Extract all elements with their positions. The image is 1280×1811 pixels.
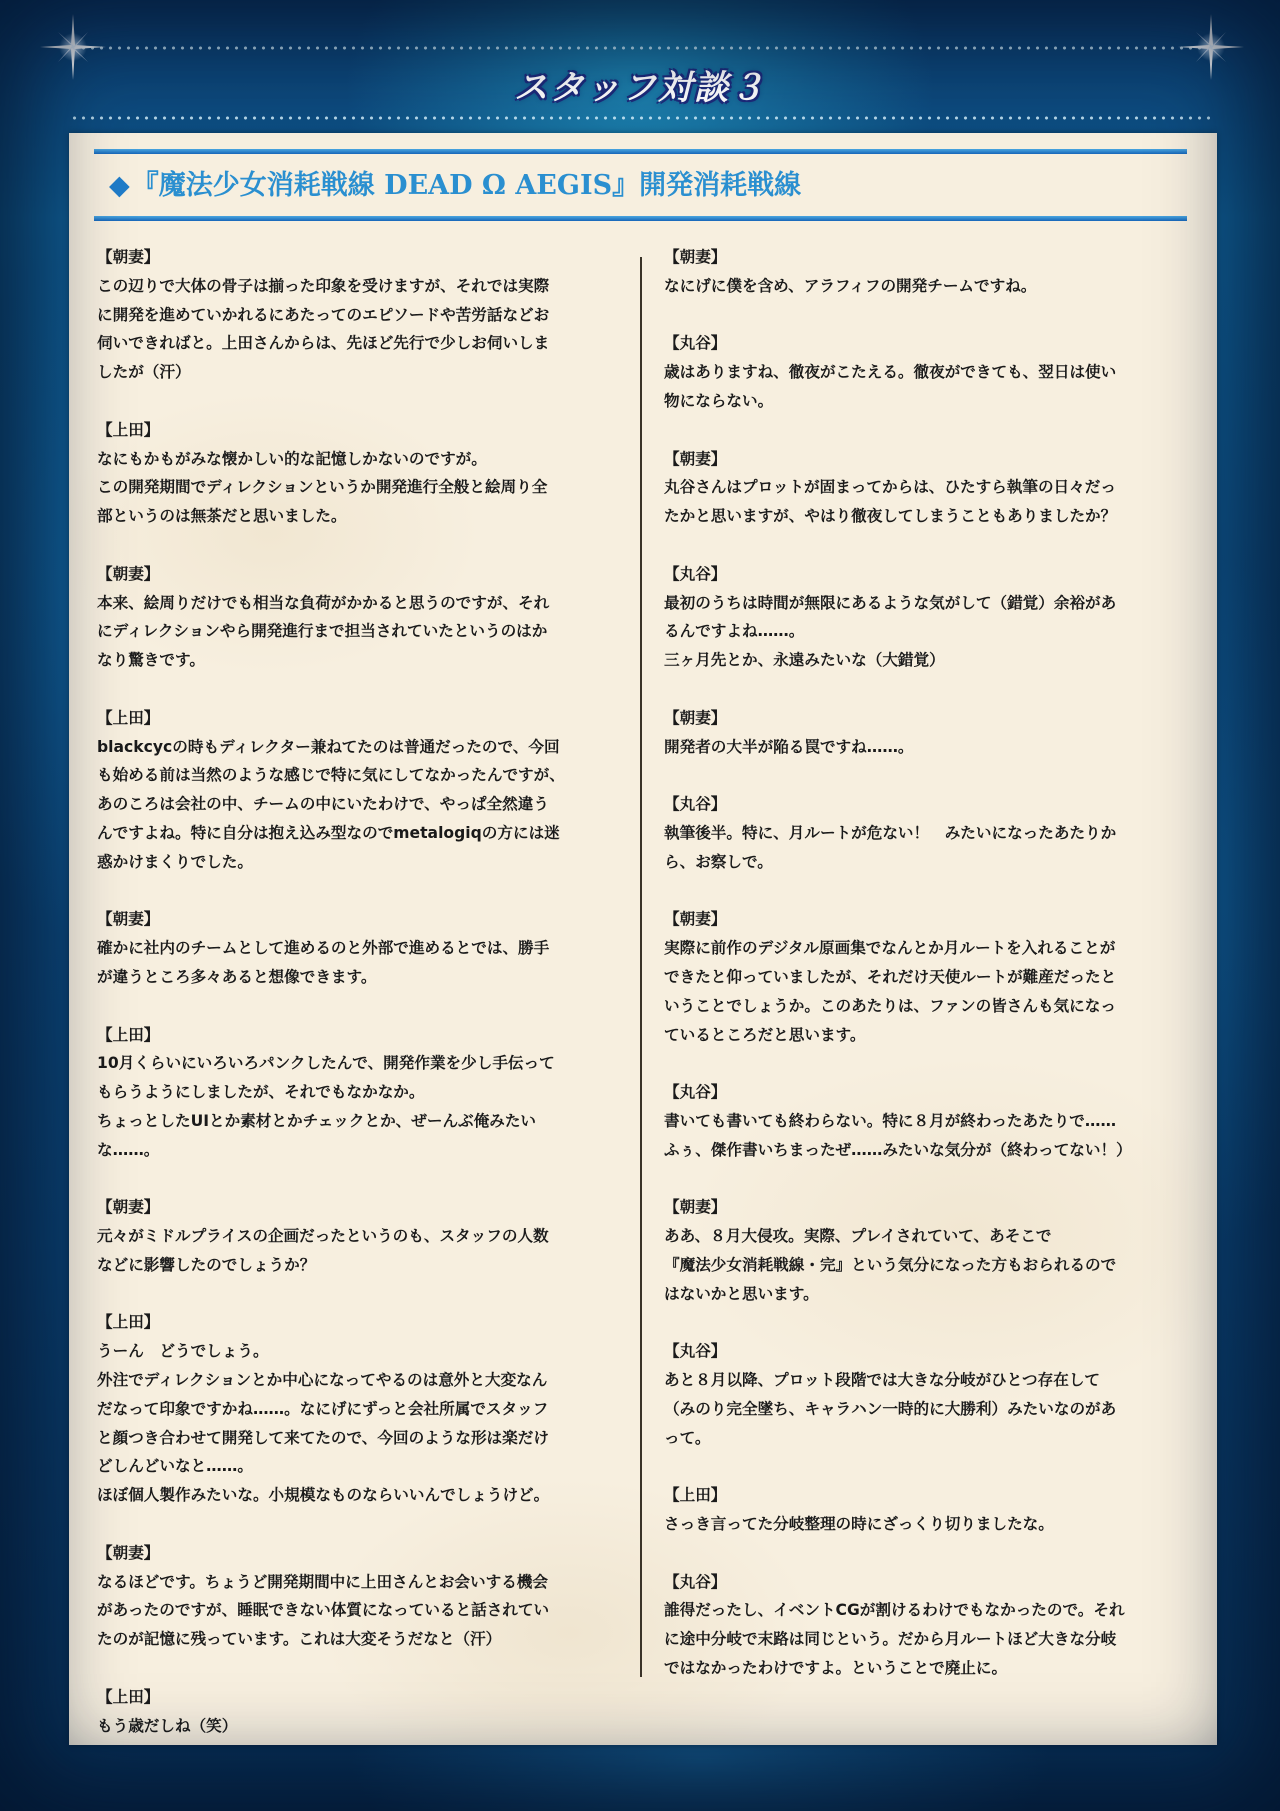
speaker-label: 【上田】 (664, 1481, 1194, 1510)
dialogue-line: 元々がミドルプライスの企画だったというのも、スタッフの人数 (97, 1222, 617, 1251)
speaker-label: 【朝妻】 (97, 243, 617, 272)
dialogue-line: もう歳だしね（笑） (97, 1712, 617, 1741)
article-panel: ◆『魔法少女消耗戦線 DEAD Ω AEGIS』開発消耗戦線 【朝妻】この辺りで… (69, 133, 1217, 1745)
speaker-label: 【朝妻】 (664, 243, 1194, 272)
dialogue-entry: 【朝妻】丸谷さんはプロットが固まってからは、ひたすら執筆の日々だったかと思います… (664, 445, 1194, 531)
dialogue-entry: 【上田】もう歳だしね（笑） (97, 1683, 617, 1741)
speaker-label: 【上田】 (97, 416, 617, 445)
dialogue-line: 外注でディレクションとか中心になってやるのは意外と大変なん (97, 1366, 617, 1395)
speaker-label: 【上田】 (97, 704, 617, 733)
dialogue-line: ああ、８月大侵攻。実際、プレイされていて、あそこで (664, 1222, 1194, 1251)
dialogue-line: あと８月以降、プロット段階では大きな分岐がひとつ存在して (664, 1366, 1194, 1395)
dialogue-line: が違うところ多々あると想像できます。 (97, 963, 617, 992)
speaker-label: 【朝妻】 (97, 1193, 617, 1222)
speaker-label: 【丸谷】 (664, 329, 1194, 358)
dialogue-line: に途中分岐で末路は同じという。だから月ルートほど大きな分岐 (664, 1625, 1194, 1654)
dialogue-entry: 【朝妻】なにげに僕を含め、アラフィフの開発チームですね。 (664, 243, 1194, 301)
speaker-label: 【朝妻】 (97, 560, 617, 589)
dialogue-line: （みのり完全墜ち、キャラハン一時的に大勝利）みたいなのがあ (664, 1395, 1194, 1424)
speaker-label: 【朝妻】 (664, 704, 1194, 733)
dialogue-line: ているところだと思います。 (664, 1021, 1194, 1050)
dialogue-line: なにもかもがみな懐かしい的な記憶しかないのですが。 (97, 445, 617, 474)
sparkle-dots-top (70, 44, 1210, 52)
dialogue-line: 書いても書いても終わらない。特に８月が終わったあたりで…… (664, 1107, 1194, 1136)
banner-title: スタッフ対談３ (0, 60, 1280, 109)
column-divider (640, 257, 642, 1677)
dialogue-entry: 【上田】blackcycの時もディレクター兼ねてたのは普通だったので、今回も始め… (97, 704, 617, 877)
dialogue-line: したが（汗） (97, 358, 617, 387)
dialogue-line: ふぅ、傑作書いちまったぜ……みたいな気分が（終わってない！） (664, 1136, 1194, 1165)
dialogue-entry: 【上田】10月くらいにいろいろパンクしたんで、開発作業を少し手伝ってもらうように… (97, 1021, 617, 1165)
dialogue-line: いうことでしょうか。このあたりは、ファンの皆さんも気になっ (664, 992, 1194, 1021)
dialogue-line: な……。 (97, 1136, 617, 1165)
dialogue-line: があったのですが、睡眠できない体質になっていると話されてい (97, 1596, 617, 1625)
speaker-label: 【朝妻】 (664, 905, 1194, 934)
dialogue-line: この開発期間でディレクションというか開発進行全般と絵周り全 (97, 473, 617, 502)
speaker-label: 【丸谷】 (664, 1568, 1194, 1597)
dialogue-line: あのころは会社の中、チームの中にいたわけで、やっぱ全然違う (97, 790, 617, 819)
speaker-label: 【上田】 (97, 1308, 617, 1337)
dialogue-entry: 【丸谷】歳はありますね、徹夜がこたえる。徹夜ができても、翌日は使い物にならない。 (664, 329, 1194, 415)
dialogue-line: なるほどです。ちょうど開発期間中に上田さんとお会いする機会 (97, 1568, 617, 1597)
speaker-label: 【上田】 (97, 1683, 617, 1712)
dialogue-line: なにげに僕を含め、アラフィフの開発チームですね。 (664, 272, 1194, 301)
speaker-label: 【朝妻】 (97, 905, 617, 934)
dialogue-line: んですよね。特に自分は抱え込み型なのでmetalogiqの方には迷 (97, 819, 617, 848)
dialogue-entry: 【丸谷】執筆後半。特に、月ルートが危ない！ みたいになったあたりから、お察しで。 (664, 790, 1194, 876)
dialogue-line: 惑かけまくりでした。 (97, 848, 617, 877)
speaker-label: 【朝妻】 (664, 1193, 1194, 1222)
dialogue-line: 『魔法少女消耗戦線・完』という気分になった方もおられるので (664, 1251, 1194, 1280)
dialogue-entry: 【朝妻】確かに社内のチームとして進めるのと外部で進めるとでは、勝手が違うところ多… (97, 905, 617, 991)
dialogue-line: 三ヶ月先とか、永遠みたいな（大錯覚） (664, 646, 1194, 675)
dialogue-entry: 【朝妻】実際に前作のデジタル原画集でなんとか月ルートを入れることができたと仰って… (664, 905, 1194, 1049)
dialogue-line: 誰得だったし、イベントCGが割けるわけでもなかったので。それ (664, 1596, 1194, 1625)
dialogue-entry: 【朝妻】元々がミドルプライスの企画だったというのも、スタッフの人数などに影響した… (97, 1193, 617, 1279)
title-rule-top (94, 149, 1187, 154)
section-title: ◆『魔法少女消耗戦線 DEAD Ω AEGIS』開発消耗戦線 (109, 163, 801, 202)
dialogue-line: たのが記憶に残っています。これは大変そうだなと（汗） (97, 1625, 617, 1654)
dialogue-line: ちょっとしたUIとか素材とかチェックとか、ぜーんぶ俺みたい (97, 1107, 617, 1136)
dialogue-line: 伺いできればと。上田さんからは、先ほど先行で少しお伺いしま (97, 329, 617, 358)
dialogue-line: 10月くらいにいろいろパンクしたんで、開発作業を少し手伝って (97, 1049, 617, 1078)
dialogue-line: も始める前は当然のような感じで特に気にしてなかったんですが、 (97, 761, 617, 790)
dialogue-line: ら、お察しで。 (664, 848, 1194, 877)
left-column: 【朝妻】この辺りで大体の骨子は揃った印象を受けますが、それでは実際に開発を進めて… (97, 243, 617, 1769)
dialogue-line: blackcycの時もディレクター兼ねてたのは普通だったので、今回 (97, 733, 617, 762)
right-column: 【朝妻】なにげに僕を含め、アラフィフの開発チームですね。【丸谷】歳はありますね、… (664, 243, 1194, 1712)
dialogue-line: にディレクションやら開発進行まで担当されていたというのはか (97, 617, 617, 646)
dialogue-entry: 【丸谷】あと８月以降、プロット段階では大きな分岐がひとつ存在して（みのり完全墜ち… (664, 1337, 1194, 1452)
dialogue-entry: 【丸谷】書いても書いても終わらない。特に８月が終わったあたりで……ふぅ、傑作書い… (664, 1078, 1194, 1164)
dialogue-line: さっき言ってた分岐整理の時にざっくり切りましたな。 (664, 1510, 1194, 1539)
sparkle-dots-bottom (70, 114, 1210, 122)
title-rule-bottom (94, 216, 1187, 221)
dialogue-line: 本来、絵周りだけでも相当な負荷がかかると思うのですが、それ (97, 589, 617, 618)
speaker-label: 【丸谷】 (664, 560, 1194, 589)
speaker-label: 【丸谷】 (664, 1078, 1194, 1107)
dialogue-line: 実際に前作のデジタル原画集でなんとか月ルートを入れることが (664, 934, 1194, 963)
dialogue-line: たかと思いますが、やはり徹夜してしまうこともありましたか？ (664, 502, 1194, 531)
dialogue-line: はないかと思います。 (664, 1280, 1194, 1309)
dialogue-line: などに影響したのでしょうか？ (97, 1251, 617, 1280)
speaker-label: 【上田】 (97, 1021, 617, 1050)
dialogue-line: できたと仰っていましたが、それだけ天使ルートが難産だったと (664, 963, 1194, 992)
dialogue-line: もらうようにしましたが、それでもなかなか。 (97, 1078, 617, 1107)
dialogue-line: 最初のうちは時間が無限にあるような気がして（錯覚）余裕があ (664, 589, 1194, 618)
section-title-text: 『魔法少女消耗戦線 DEAD Ω AEGIS』開発消耗戦線 (132, 170, 801, 201)
dialogue-entry: 【朝妻】この辺りで大体の骨子は揃った印象を受けますが、それでは実際に開発を進めて… (97, 243, 617, 387)
dialogue-entry: 【朝妻】なるほどです。ちょうど開発期間中に上田さんとお会いする機会があったのです… (97, 1539, 617, 1654)
speaker-label: 【朝妻】 (664, 445, 1194, 474)
dialogue-line: ではなかったわけですよ。ということで廃止に。 (664, 1654, 1194, 1683)
dialogue-line: どしんどいなと……。 (97, 1452, 617, 1481)
dialogue-line: に開発を進めていかれるにあたってのエピソードや苦労話などお (97, 301, 617, 330)
dialogue-line: 開発者の大半が陥る罠ですね……。 (664, 733, 1194, 762)
dialogue-line: 物にならない。 (664, 387, 1194, 416)
dialogue-line: なり驚きです。 (97, 646, 617, 675)
dialogue-line: 部というのは無茶だと思いました。 (97, 502, 617, 531)
dialogue-entry: 【上田】さっき言ってた分岐整理の時にざっくり切りましたな。 (664, 1481, 1194, 1539)
dialogue-line: 執筆後半。特に、月ルートが危ない！ みたいになったあたりか (664, 819, 1194, 848)
dialogue-line: だなって印象ですかね……。なにげにずっと会社所属でスタッフ (97, 1395, 617, 1424)
speaker-label: 【朝妻】 (97, 1539, 617, 1568)
dialogue-line: うーん どうでしょう。 (97, 1337, 617, 1366)
dialogue-entry: 【朝妻】本来、絵周りだけでも相当な負荷がかかると思うのですが、それにディレクショ… (97, 560, 617, 675)
dialogue-entry: 【朝妻】開発者の大半が陥る罠ですね……。 (664, 704, 1194, 762)
dialogue-line: 丸谷さんはプロットが固まってからは、ひたすら執筆の日々だっ (664, 473, 1194, 502)
dialogue-line: この辺りで大体の骨子は揃った印象を受けますが、それでは実際 (97, 272, 617, 301)
speaker-label: 【丸谷】 (664, 1337, 1194, 1366)
dialogue-entry: 【上田】うーん どうでしょう。外注でディレクションとか中心になってやるのは意外と… (97, 1308, 617, 1510)
dialogue-line: 歳はありますね、徹夜がこたえる。徹夜ができても、翌日は使い (664, 358, 1194, 387)
speaker-label: 【丸谷】 (664, 790, 1194, 819)
dialogue-line: って。 (664, 1424, 1194, 1453)
dialogue-line: ほぼ個人製作みたいな。小規模なものならいいんでしょうけど。 (97, 1481, 617, 1510)
dialogue-line: と顔つき合わせて開発して来てたので、今回のような形は楽だけ (97, 1424, 617, 1453)
dialogue-entry: 【丸谷】最初のうちは時間が無限にあるような気がして（錯覚）余裕があるんですよね…… (664, 560, 1194, 675)
dialogue-entry: 【朝妻】ああ、８月大侵攻。実際、プレイされていて、あそこで『魔法少女消耗戦線・完… (664, 1193, 1194, 1308)
diamond-bullet-icon: ◆ (109, 170, 130, 201)
dialogue-line: 確かに社内のチームとして進めるのと外部で進めるとでは、勝手 (97, 934, 617, 963)
dialogue-entry: 【丸谷】誰得だったし、イベントCGが割けるわけでもなかったので。それに途中分岐で… (664, 1568, 1194, 1683)
dialogue-line: るんですよね……。 (664, 617, 1194, 646)
dialogue-entry: 【上田】なにもかもがみな懐かしい的な記憶しかないのですが。この開発期間でディレク… (97, 416, 617, 531)
